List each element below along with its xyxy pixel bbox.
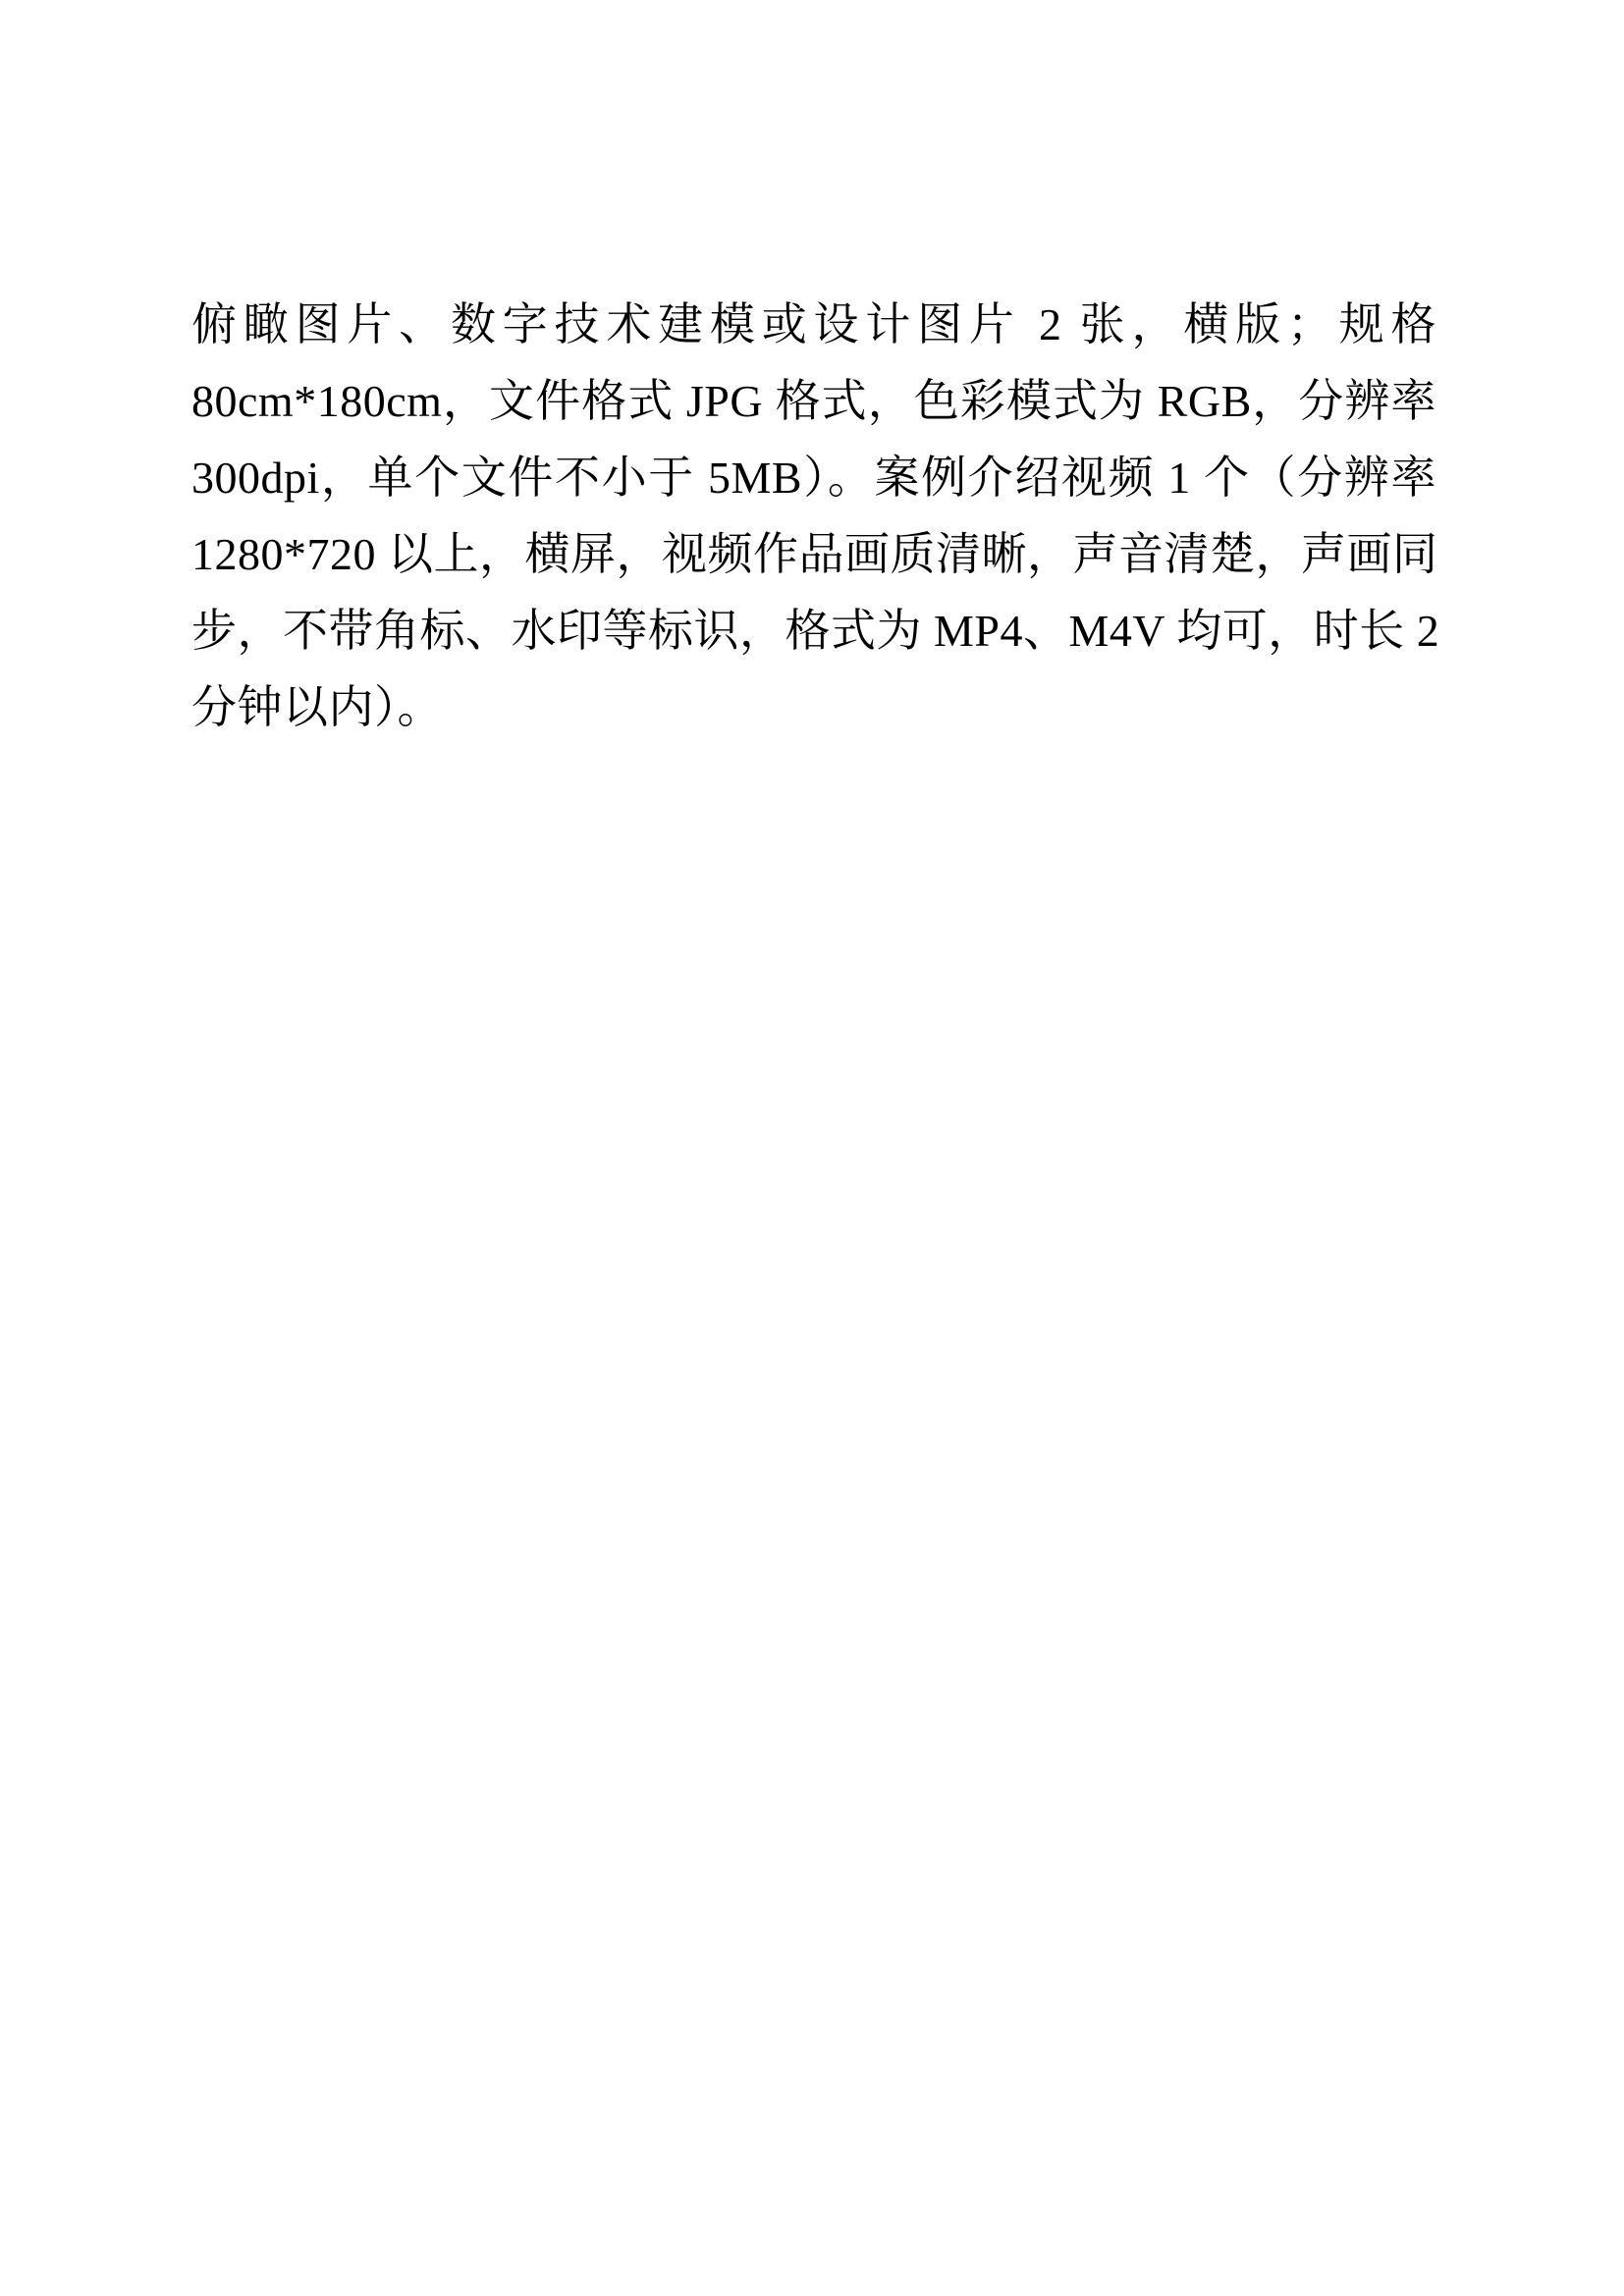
paragraph-line: 1280*720 以上，横屏，视频作品画质清晰，声音清楚，声画同: [191, 516, 1436, 593]
paragraph-line: 300dpi，单个文件不小于 5MB）。案例介绍视频 1 个（分辨率: [191, 440, 1436, 516]
paragraph-line: 步，不带角标、水印等标识，格式为 MP4、M4V 均可，时长 2: [191, 593, 1436, 669]
paragraph-line: 俯瞰图片、数字技术建模或设计图片 2 张，横版；规格: [191, 287, 1436, 363]
paragraph-line: 分钟以内）。: [191, 669, 1436, 746]
document-page: 俯瞰图片、数字技术建模或设计图片 2 张，横版；规格 80cm*180cm，文件…: [0, 0, 1624, 2296]
paragraph-line: 80cm*180cm，文件格式 JPG 格式，色彩模式为 RGB，分辨率: [191, 363, 1436, 440]
paragraph: 俯瞰图片、数字技术建模或设计图片 2 张，横版；规格 80cm*180cm，文件…: [191, 287, 1436, 746]
